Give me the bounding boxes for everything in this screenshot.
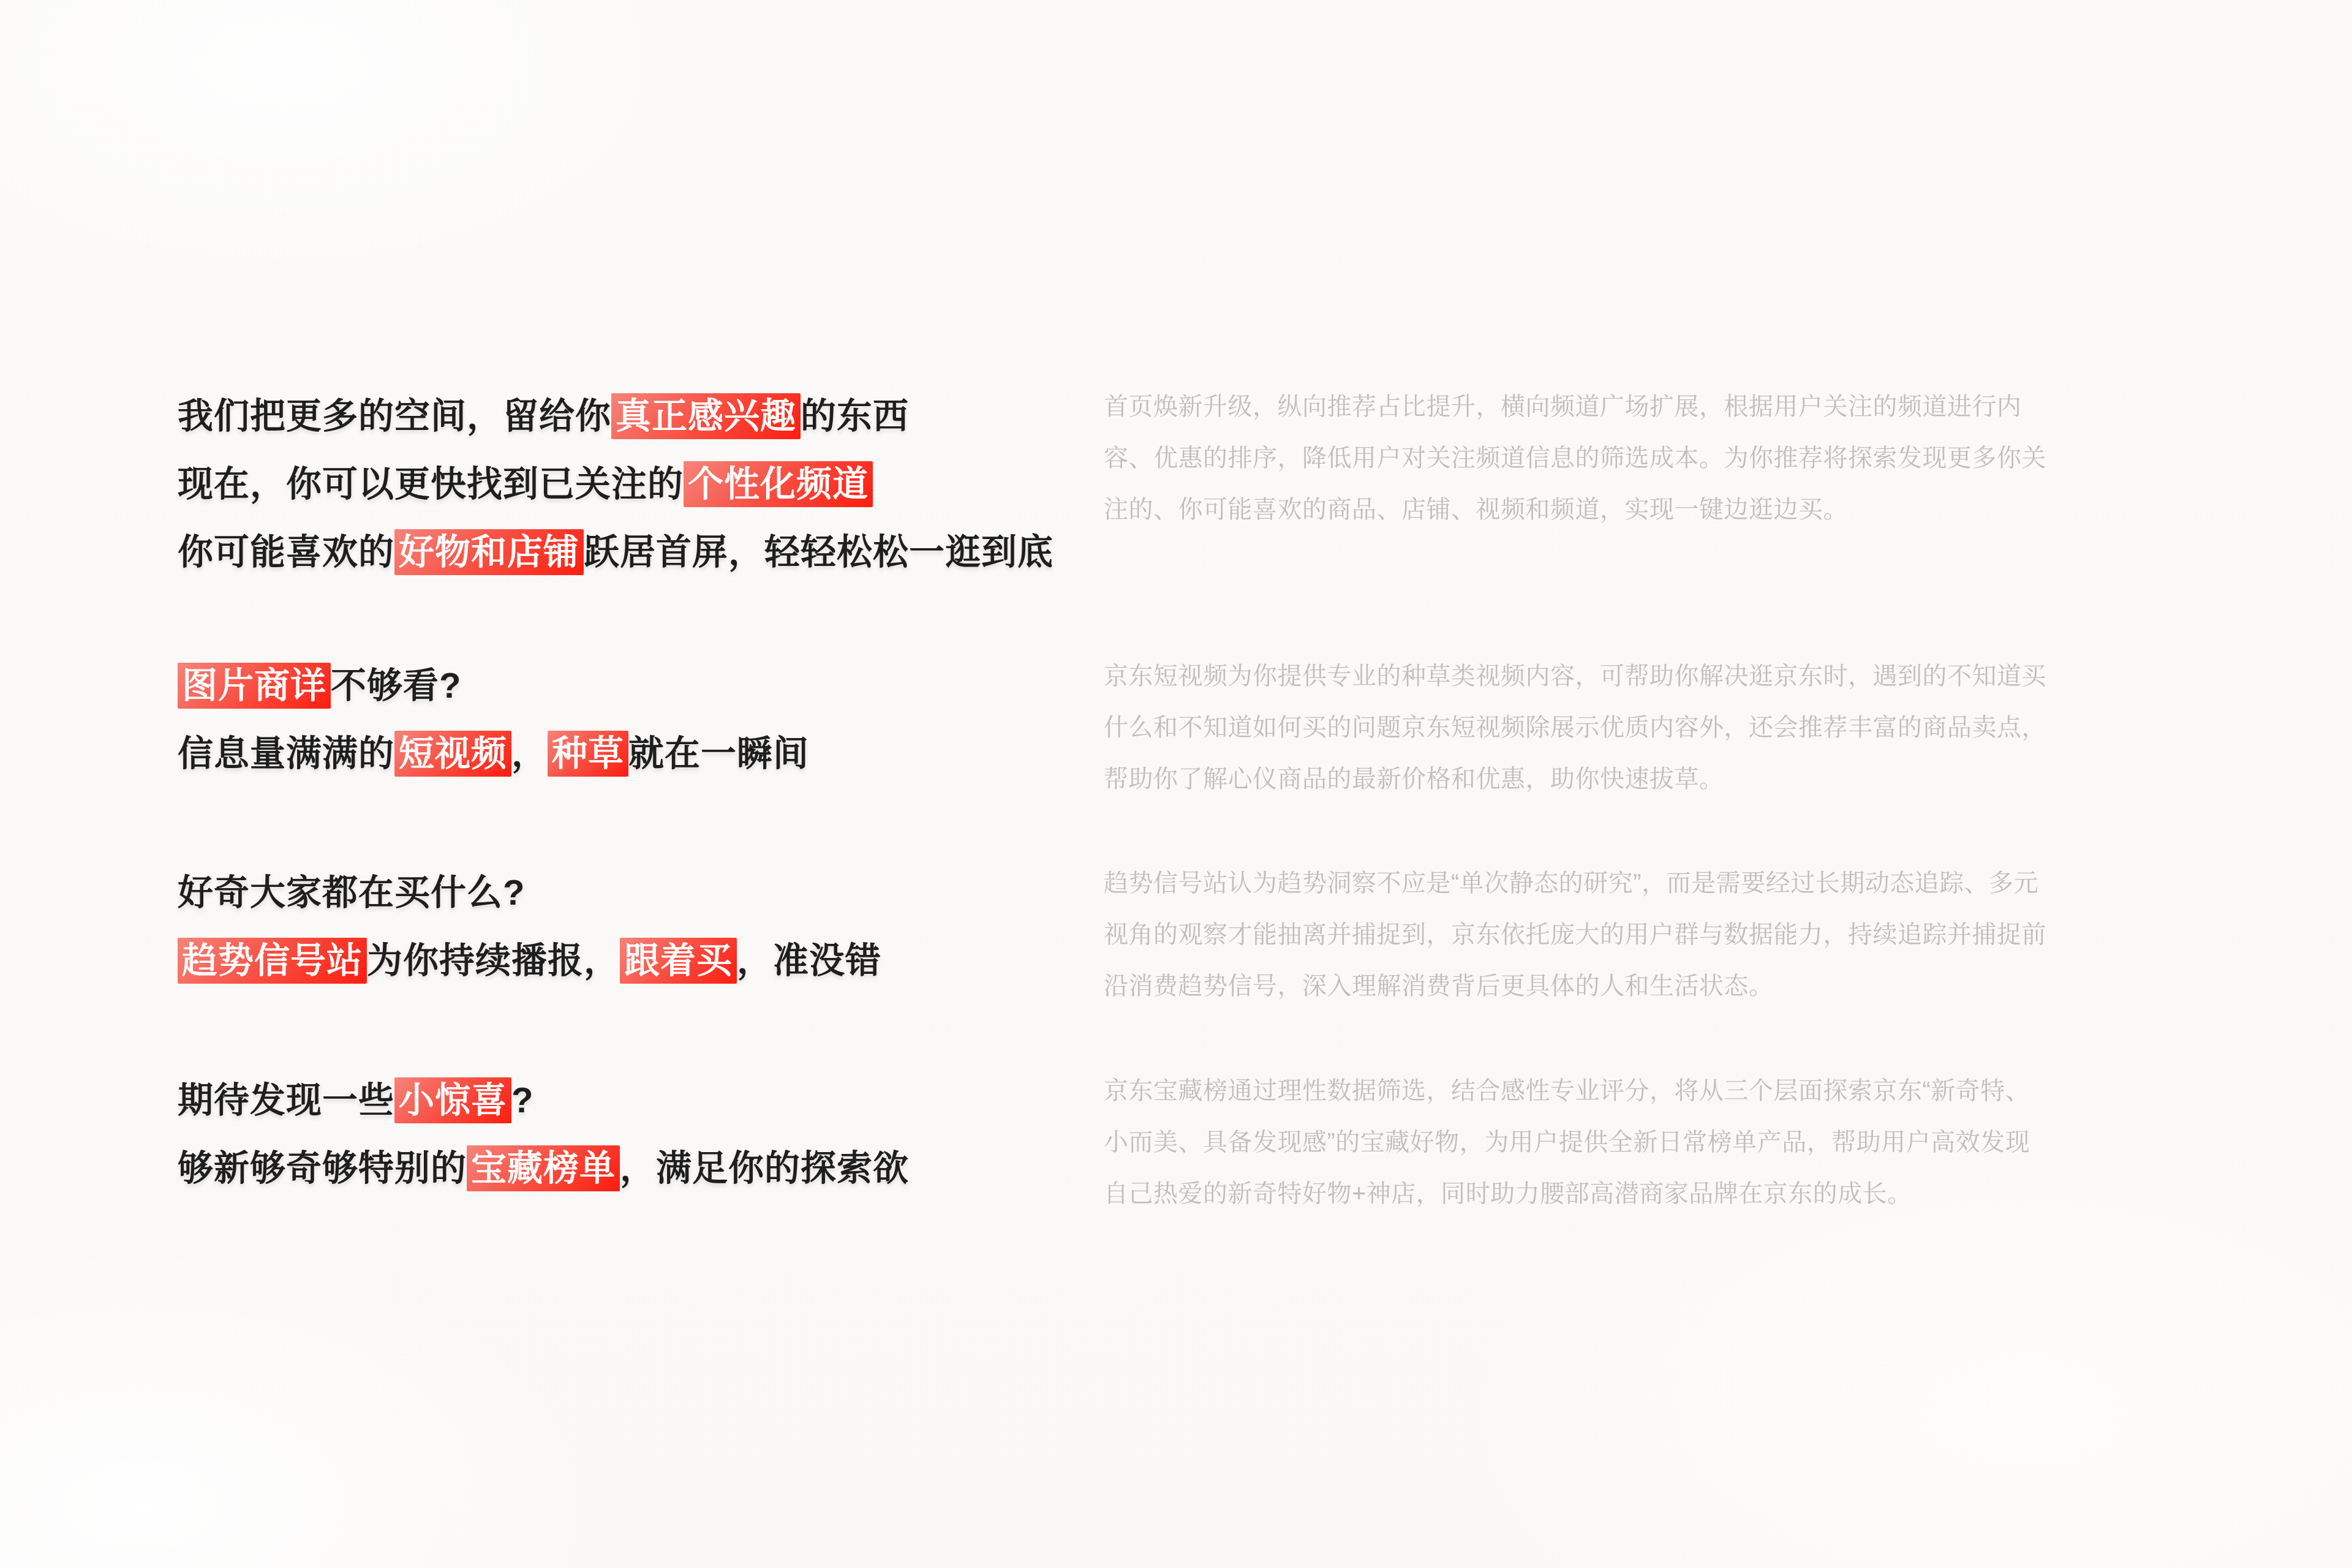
feature-description: 京东短视频为你提供专业的种草类视频内容，可帮助你解决逛京东时，遇到的不知道买 什… <box>1104 650 2267 805</box>
headline-text: 够新够奇够特别的 <box>178 1148 467 1188</box>
headline-text: ，满足你的探索欲 <box>620 1148 909 1188</box>
headline-text: ， <box>511 734 548 774</box>
headline-text: 期待发现一些 <box>178 1080 394 1120</box>
headline-line: 趋势信号站为你持续播报，跟着买，准没错 <box>178 927 881 995</box>
headline-text: ? <box>511 1080 533 1120</box>
headline-text: 好奇大家都在买什么? <box>178 873 525 913</box>
highlighted-keyword: 宝藏榜单 <box>467 1145 620 1191</box>
highlighted-keyword: 小惊喜 <box>394 1077 511 1123</box>
highlighted-keyword: 跟着买 <box>620 938 737 984</box>
headline-line: 图片商详不够看? <box>178 652 809 720</box>
headline-text: 现在，你可以更快找到已关注的 <box>178 464 684 504</box>
highlighted-keyword: 短视频 <box>394 731 511 777</box>
headline-text: 信息量满满的 <box>178 734 394 774</box>
highlighted-keyword: 真正感兴趣 <box>611 393 801 439</box>
headline-text: 就在一瞬间 <box>628 734 809 774</box>
headline-line: 够新够奇够特别的宝藏榜单，满足你的探索欲 <box>178 1134 909 1202</box>
headline-text: 不够看? <box>331 666 461 706</box>
feature-headline: 图片商详不够看?信息量满满的短视频，种草就在一瞬间 <box>178 652 809 788</box>
feature-sections: 我们把更多的空间，留给你真正感兴趣的东西现在，你可以更快找到已关注的个性化频道你… <box>0 0 2352 1568</box>
headline-line: 期待发现一些小惊喜? <box>178 1066 909 1134</box>
highlighted-keyword: 趋势信号站 <box>178 938 367 984</box>
headline-text: 的东西 <box>801 396 909 436</box>
headline-line: 我们把更多的空间，留给你真正感兴趣的东西 <box>178 382 1053 450</box>
headline-text: 你可能喜欢的 <box>178 532 394 572</box>
jd-feature-page: 我们把更多的空间，留给你真正感兴趣的东西现在，你可以更快找到已关注的个性化频道你… <box>0 0 2352 1568</box>
headline-text: 我们把更多的空间，留给你 <box>178 396 611 436</box>
headline-line: 你可能喜欢的好物和店铺跃居首屏，轻轻松松一逛到底 <box>178 518 1053 586</box>
feature-description: 趋势信号站认为趋势洞察不应是“单次静态的研究”，而是需要经过长期动态追踪、多元 … <box>1104 858 2267 1012</box>
feature-headline: 好奇大家都在买什么?趋势信号站为你持续播报，跟着买，准没错 <box>178 859 881 995</box>
feature-headline: 我们把更多的空间，留给你真正感兴趣的东西现在，你可以更快找到已关注的个性化频道你… <box>178 382 1053 586</box>
headline-text: 跃居首屏，轻轻松松一逛到底 <box>584 532 1053 572</box>
highlighted-keyword: 种草 <box>548 731 628 777</box>
headline-text: 为你持续播报， <box>367 941 620 981</box>
feature-headline: 期待发现一些小惊喜?够新够奇够特别的宝藏榜单，满足你的探索欲 <box>178 1066 909 1202</box>
feature-description: 京东宝藏榜通过理性数据筛选，结合感性专业评分，将从三个层面探索京东“新奇特、 小… <box>1104 1065 2267 1219</box>
headline-line: 信息量满满的短视频，种草就在一瞬间 <box>178 720 809 788</box>
highlighted-keyword: 图片商详 <box>178 663 331 709</box>
highlighted-keyword: 好物和店铺 <box>394 529 584 575</box>
headline-line: 现在，你可以更快找到已关注的个性化频道 <box>178 450 1053 518</box>
headline-line: 好奇大家都在买什么? <box>178 859 881 927</box>
highlighted-keyword: 个性化频道 <box>684 461 873 507</box>
feature-description: 首页焕新升级，纵向推荐占比提升，横向频道广场扩展，根据用户关注的频道进行内 容、… <box>1104 381 2267 535</box>
headline-text: ，准没错 <box>737 941 881 981</box>
